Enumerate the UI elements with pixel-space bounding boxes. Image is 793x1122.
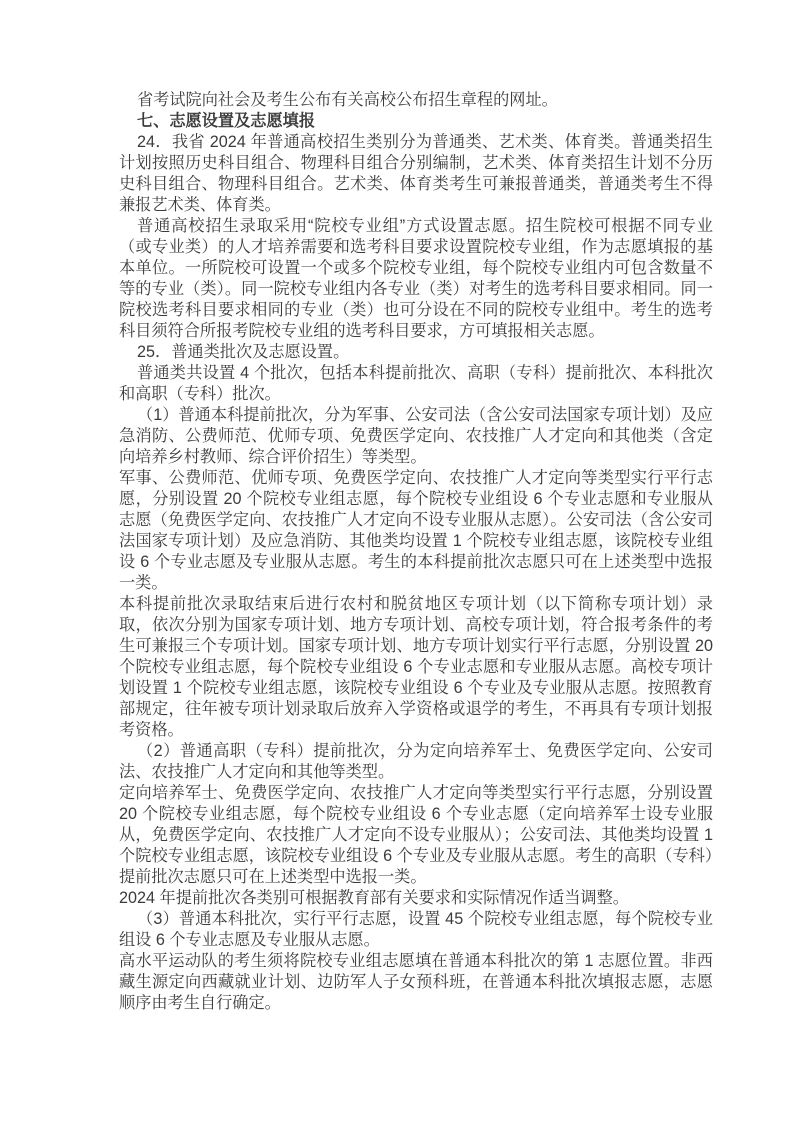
paragraph-item-25: 25．普通类批次及志愿设置。 [119,342,713,363]
paragraph-undergrad-advance-batch-volunteers: 军事、公费师范、优师专项、免费医学定向、农技推广人才定向等类型实行平行志愿，分别… [119,468,713,594]
document-body: 省考试院向社会及考生公布有关高校公布招生章程的网址。 七、志愿设置及志愿填报 2… [119,90,713,1014]
paragraph-sub-1-undergrad-advance-batch: （1）普通本科提前批次，分为军事、公安司法（含公安司法国家专项计划）及应急消防、… [119,405,713,468]
paragraph-item-24: 24．我省 2024 年普通高校招生类别分为普通类、艺术类、体育类。普通类招生计… [119,132,713,216]
paragraph-sub-2-vocational-advance-batch: （2）普通高职（专科）提前批次，分为定向培养军士、免费医学定向、公安司法、农技推… [119,741,713,783]
paragraph-website-notice: 省考试院向社会及考生公布有关高校公布招生章程的网址。 [119,90,713,111]
paragraph-2024-adjustment-note: 2024 年提前批次各类别可根据教育部有关要求和实际情况作适当调整。 [119,888,713,909]
paragraph-special-plans: 本科提前批次录取结束后进行农村和脱贫地区专项计划（以下简称专项计划）录取，依次分… [119,594,713,741]
section-heading: 七、志愿设置及志愿填报 [119,111,713,132]
paragraph-college-major-group: 普通高校招生录取采用“院校专业组”方式设置志愿。招生院校可根据不同专业（或专业类… [119,216,713,342]
paragraph-high-level-sports-note: 高水平运动队的考生须将院校专业组志愿填在普通本科批次的第 1 志愿位置。非西藏生… [119,951,713,1014]
paragraph-batch-overview: 普通类共设置 4 个批次，包括本科提前批次、高职（专科）提前批次、本科批次和高职… [119,363,713,405]
document-page: 省考试院向社会及考生公布有关高校公布招生章程的网址。 七、志愿设置及志愿填报 2… [0,0,793,1122]
paragraph-sub-3-undergrad-batch: （3）普通本科批次，实行平行志愿，设置 45 个院校专业组志愿，每个院校专业组设… [119,909,713,951]
paragraph-vocational-advance-batch-volunteers: 定向培养军士、免费医学定向、农技推广人才定向等类型实行平行志愿，分别设置 20 … [119,783,713,888]
